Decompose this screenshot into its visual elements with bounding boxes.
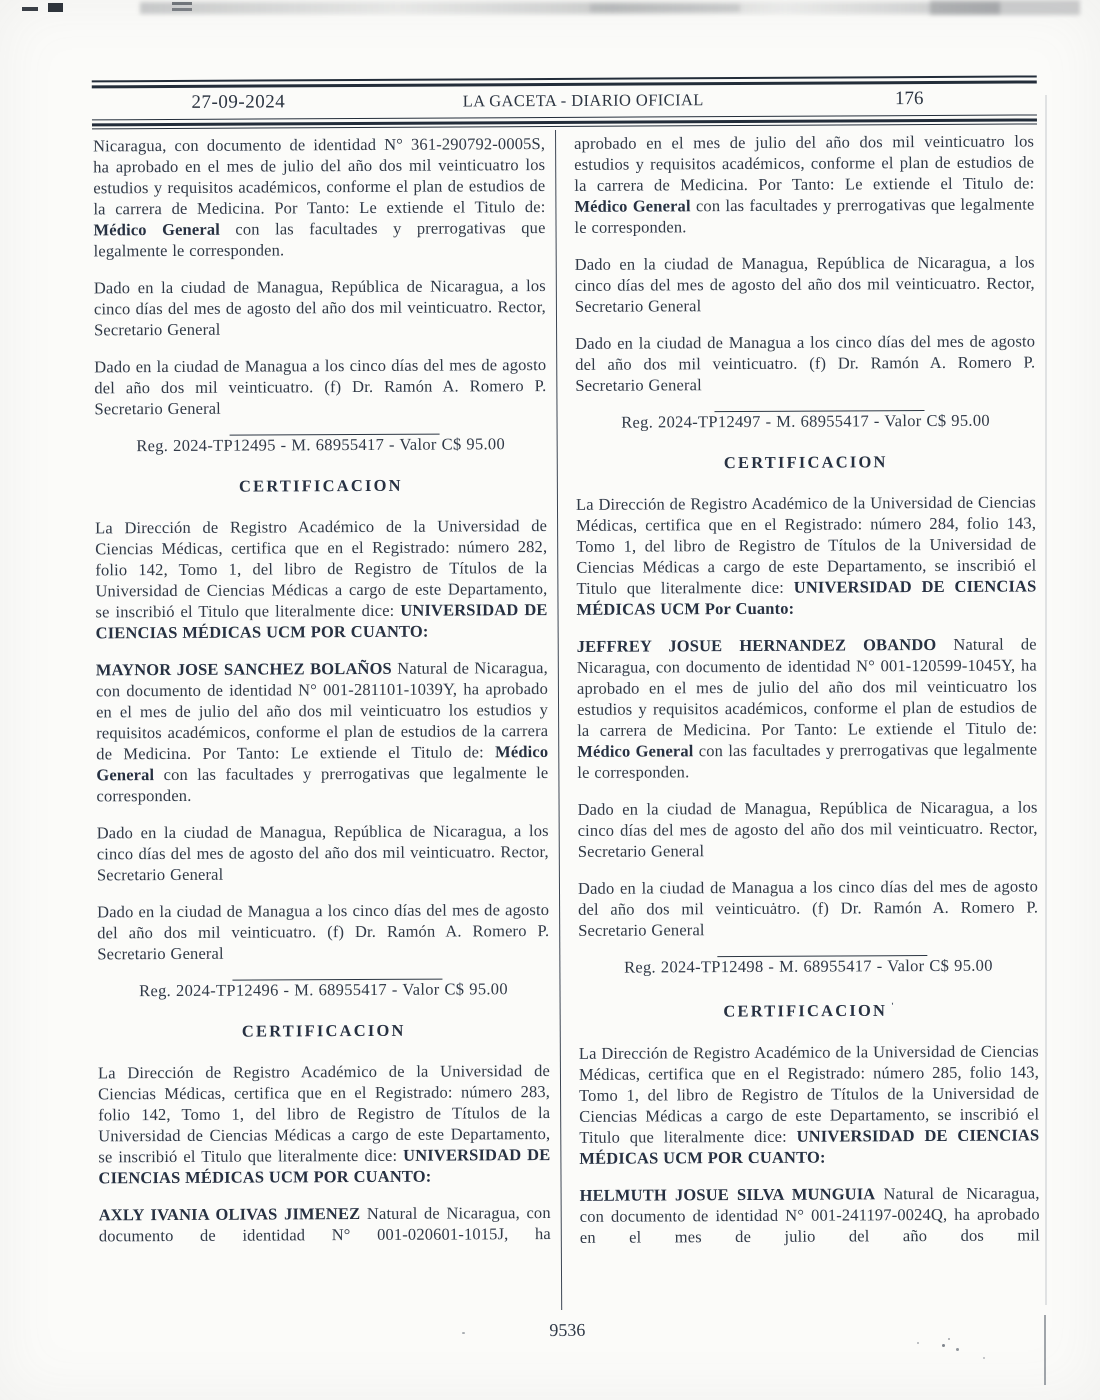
paragraph: aprobado en el mes de julio del año dos … <box>574 130 1035 237</box>
certification-heading: CERTIFICACION <box>576 450 1036 473</box>
body-text: Dado en la ciudad de Managua a los cinco… <box>575 331 1035 394</box>
registration-block: Reg. 2024-TP12497 - M. 68955417 - Valor … <box>575 409 1035 432</box>
scanned-page: 27-09-2024 LA GACETA - DIARIO OFICIAL 17… <box>0 0 1100 1400</box>
paragraph: La Dirección de Registro Académico de la… <box>98 1060 551 1188</box>
body-text: Dado en la ciudad de Managua a los cinco… <box>97 900 549 963</box>
bold-text: Médico General <box>577 741 693 761</box>
bold-text: JEFFREY JOSUE HERNANDEZ OBANDO <box>577 635 937 656</box>
paragraph: La Dirección de Registro Académico de la… <box>579 1040 1040 1168</box>
registration-block: Reg. 2024-TP12496 - M. 68955417 - Valor … <box>97 978 549 1001</box>
body-text: Dado en la ciudad de Managua a los cinco… <box>94 355 546 418</box>
registration-line: Reg. 2024-TP12498 - M. 68955417 - Valor … <box>578 954 1038 977</box>
body-text: Dado en la ciudad de Managua a los cinco… <box>578 876 1038 939</box>
body-text: Dado en la ciudad de Managua, República … <box>94 276 546 339</box>
bold-text: Médico General <box>574 196 690 216</box>
paragraph: Dado en la ciudad de Managua a los cinco… <box>578 875 1038 940</box>
paragraph: JEFFREY JOSUE HERNANDEZ OBANDO Natural d… <box>577 633 1038 782</box>
bold-text: AXLY IVANIA OLIVAS JIMENEZ <box>99 1204 361 1224</box>
body-text: aprobado en el mes de julio del año dos … <box>574 131 1034 194</box>
paragraph: AXLY IVANIA OLIVAS JIMENEZ Natural de Ni… <box>99 1202 551 1246</box>
paragraph: La Dirección de Registro Académico de la… <box>95 515 548 643</box>
paragraph: Dado en la ciudad de Managua, República … <box>578 796 1038 861</box>
stray-mark: ' <box>891 1001 894 1012</box>
body-text: Nicaragua, con documento de identidad N°… <box>93 134 545 218</box>
paragraph: Nicaragua, con documento de identidad N°… <box>93 133 546 261</box>
bold-text: MAYNOR JOSE SANCHEZ BOLAÑOS <box>96 659 392 680</box>
paragraph: Dado en la ciudad de Managua, República … <box>575 251 1035 316</box>
paragraph: Dado en la ciudad de Managua, República … <box>94 275 546 340</box>
left-column: Nicaragua, con documento de identidad N°… <box>93 133 551 1262</box>
certification-heading: CERTIFICACION <box>98 1019 550 1042</box>
header-title: LA GACETA - DIARIO OFICIAL <box>385 90 782 112</box>
paragraph: HELMUTH JOSUE SILVA MUNGUIA Natural de N… <box>580 1182 1040 1247</box>
footer-page-number: 9536 <box>549 1320 585 1341</box>
paragraph: Dado en la ciudad de Managua a los cinco… <box>94 354 546 419</box>
header-page-number: 176 <box>782 87 1037 110</box>
page-footer: 9536 <box>3 1317 1100 1344</box>
body-text: Dado en la ciudad de Managua, República … <box>97 821 549 884</box>
paragraph: Dado en la ciudad de Managua, República … <box>97 820 549 885</box>
header-date: 27-09-2024 <box>92 91 385 115</box>
body-text: Dado en la ciudad de Managua, República … <box>578 797 1038 860</box>
certification-heading: CERTIFICACION' <box>579 995 1039 1022</box>
column-divider <box>555 130 562 1310</box>
bold-text: HELMUTH JOSUE SILVA MUNGUIA <box>580 1184 876 1205</box>
body-text: con las facultades y prerrogativas que l… <box>96 763 548 805</box>
bold-text: Médico General <box>93 220 220 240</box>
paragraph: La Dirección de Registro Académico de la… <box>576 491 1037 619</box>
registration-block: Reg. 2024-TP12495 - M. 68955417 - Valor … <box>95 433 547 456</box>
certification-heading: CERTIFICACION <box>95 474 547 497</box>
header-row: 27-09-2024 LA GACETA - DIARIO OFICIAL 17… <box>92 83 1037 119</box>
registration-line: Reg. 2024-TP12495 - M. 68955417 - Valor … <box>95 433 547 456</box>
registration-line: Reg. 2024-TP12497 - M. 68955417 - Valor … <box>575 409 1035 432</box>
right-column: aprobado en el mes de julio del año dos … <box>574 130 1040 1263</box>
paragraph: Dado en la ciudad de Managua a los cinco… <box>97 899 549 964</box>
registration-block: Reg. 2024-TP12498 - M. 68955417 - Valor … <box>578 954 1038 977</box>
paragraph: Dado en la ciudad de Managua a los cinco… <box>575 330 1035 395</box>
page-header: 27-09-2024 LA GACETA - DIARIO OFICIAL 17… <box>92 75 1037 129</box>
registration-line: Reg. 2024-TP12496 - M. 68955417 - Valor … <box>97 978 549 1001</box>
paragraph: MAYNOR JOSE SANCHEZ BOLAÑOS Natural de N… <box>96 657 549 806</box>
body-text: Dado en la ciudad de Managua, República … <box>575 252 1035 315</box>
